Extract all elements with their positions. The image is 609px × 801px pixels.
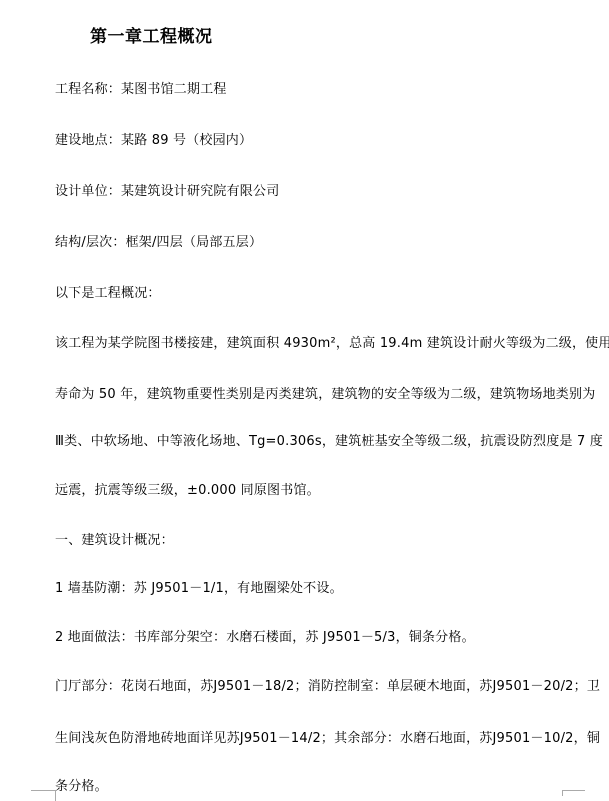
text-line: Ⅲ类、中软场地、中等液化场地、Tg=0.306s，建筑桩基安全等级二级，抗震设防… xyxy=(55,434,603,449)
text-boundary-mark-bottom-left xyxy=(31,790,56,801)
text-line: 该工程为某学院图书楼接建，建筑面积 4930m²，总高 19.4m 建筑设计耐火… xyxy=(55,336,609,351)
text-line: 以下是工程概况： xyxy=(55,286,161,301)
text-line: 条分格。 xyxy=(55,779,108,794)
text-line: 远震，抗震等级三级，±0.000 同原图书馆。 xyxy=(55,483,320,498)
text-line: 生间浅灰色防滑地砖地面详见苏J9501－14/2；其余部分：水磨石地面，苏J95… xyxy=(55,731,600,746)
text-line: 一、建筑设计概况： xyxy=(55,533,174,548)
text-boundary-mark-bottom-right xyxy=(562,790,585,796)
text-line: 结构/层次：框架/四层（局部五层） xyxy=(55,235,262,250)
text-line: 寿命为 50 年，建筑物重要性类别是丙类建筑，建筑物的安全等级为二级，建筑物场地… xyxy=(55,387,595,402)
text-line: 建设地点：某路 89 号（校园内） xyxy=(55,133,252,148)
document-page: 第一章工程概况 工程名称：某图书馆二期工程 建设地点：某路 89 号（校园内） … xyxy=(0,0,609,801)
text-line: 门厅部分：花岗石地面，苏J9501－18/2；消防控制室：单层硬木地面，苏J95… xyxy=(55,679,600,694)
text-line: 2 地面做法：书库部分架空：水磨石楼面，苏 J9501－5/3，铜条分格。 xyxy=(55,630,475,645)
text-line: 工程名称：某图书馆二期工程 xyxy=(55,82,227,97)
text-line: 设计单位：某建筑设计研究院有限公司 xyxy=(55,184,279,199)
chapter-title: 第一章工程概况 xyxy=(90,22,213,47)
text-line: 1 墙基防潮：苏 J9501－1/1，有地圈梁处不设。 xyxy=(55,581,343,596)
